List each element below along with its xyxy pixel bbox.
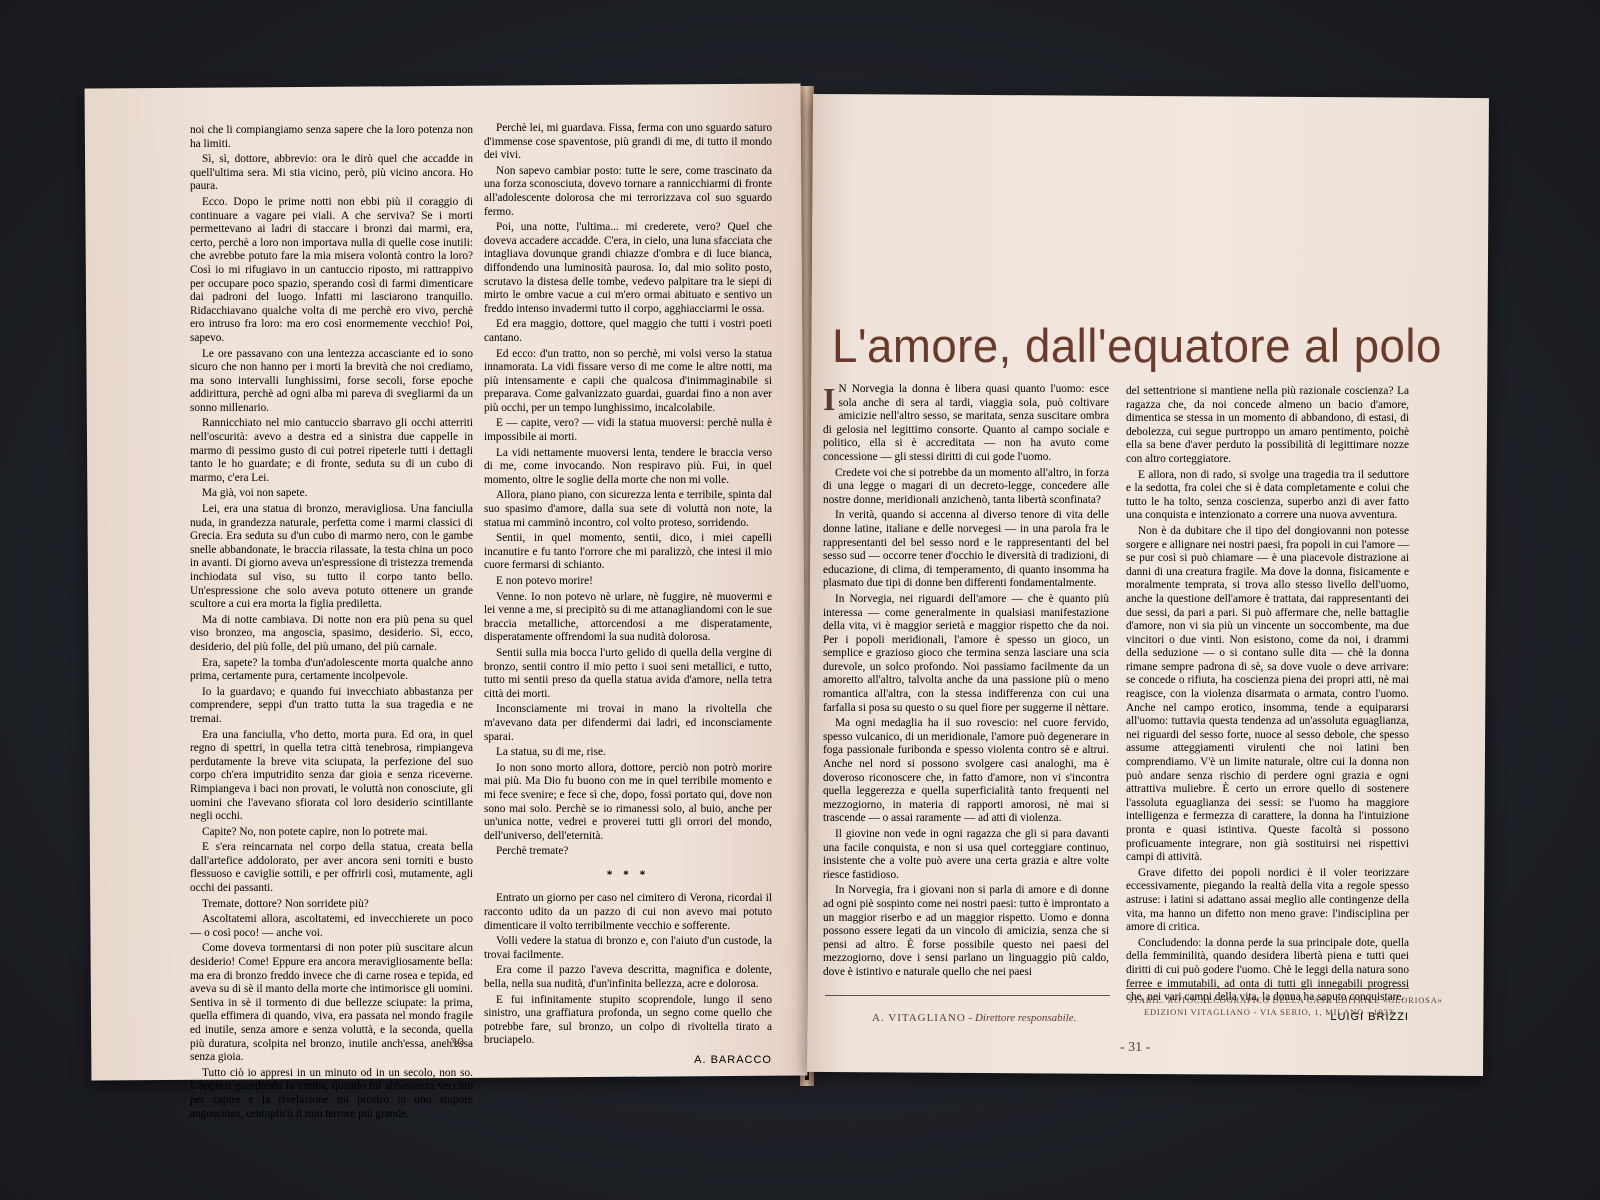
footer-rule-right xyxy=(1126,988,1409,989)
footer-rule-left xyxy=(825,995,1110,996)
paragraph: Io non sono morto allora, dottore, perci… xyxy=(484,762,772,844)
paragraph: Sentii sulla mia bocca l'urto gelido di … xyxy=(484,647,772,701)
paragraph: Credete voi che si potrebbe da un moment… xyxy=(823,467,1109,508)
epilogue: Entrato un giorno per caso nel cimitero … xyxy=(484,892,772,1048)
paragraph: Inconsciamente mi trovai in mano la rivo… xyxy=(484,703,772,744)
paragraph: noi che li compiangiamo senza sapere che… xyxy=(190,124,473,151)
paragraph: del settentrione si mantiene nella più r… xyxy=(1126,385,1409,467)
paragraph: Lei, era una statua di bronzo, meravigli… xyxy=(190,503,473,612)
paragraph: Sì, sì, dottore, abbrevio: ora le dirò q… xyxy=(190,153,473,194)
paragraph: La vidi nettamente muoversi lenta, tende… xyxy=(484,447,772,488)
left-column-1: noi che li compiangiamo senza sapere che… xyxy=(190,124,473,1123)
imprint-line-2: Edizioni Vitagliano - Via Serio, 1, Mila… xyxy=(1128,1006,1443,1018)
paragraph: Poi, una notte, l'ultima... mi crederete… xyxy=(484,221,772,316)
right-column-1: I N Norvegia la donna è libera quasi qua… xyxy=(823,383,1109,982)
right-column-2: del settentrione si mantiene nella più r… xyxy=(1126,385,1409,1024)
paragraph: Ed ecco: d'un tratto, non so perchè, mi … xyxy=(484,348,772,416)
page-number-left: - 30 - xyxy=(442,1036,472,1052)
paragraph: La statua, su di me, rise. xyxy=(484,746,772,760)
paragraph: Perchè lei, mi guardava. Fissa, ferma co… xyxy=(484,122,772,163)
paragraph: Era come il pazzo l'aveva descritta, mag… xyxy=(484,964,772,991)
paragraph: Non è da dubitare che il tipo del dongio… xyxy=(1126,525,1409,865)
paragraph: Capite? No, non potete capire, non lo po… xyxy=(190,826,473,840)
paragraph: Entrato un giorno per caso nel cimitero … xyxy=(484,892,772,933)
paragraph: Il giovine non vede in ogni ragazza che … xyxy=(823,828,1109,882)
section-separator: * * * xyxy=(484,869,772,883)
drop-cap: I xyxy=(823,385,835,413)
paragraph: Ecco. Dopo le prime notti non ebbi più i… xyxy=(190,196,473,346)
left-column-2: Perchè lei, mi guardava. Fissa, ferma co… xyxy=(484,122,772,1068)
paragraph: N Norvegia la donna è libera quasi quant… xyxy=(823,383,1109,465)
paragraph: Venne. Io non potevo nè urlare, nè fuggi… xyxy=(484,591,772,645)
paragraph: Volli vedere la statua di bronzo e, con … xyxy=(484,935,772,962)
paragraph: E — capite, vero? — vidi la statua muove… xyxy=(484,417,772,444)
article-title: L'amore, dall'equatore al polo xyxy=(832,318,1433,373)
paragraph: Ascoltatemi allora, ascoltatemi, ed inve… xyxy=(190,913,473,940)
director-credit: A. VITAGLIANO - Direttore responsabile. xyxy=(872,1012,1076,1024)
paragraph: Ma ogni medaglia ha il suo rovescio: nel… xyxy=(823,717,1109,826)
paragraph: Ed era maggio, dottore, quel maggio che … xyxy=(484,318,772,345)
imprint-line-1: Stabil. Rotocalcografico della Casa Edit… xyxy=(1128,994,1443,1006)
paragraph: Rannicchiato nel mio cantuccio sbarravo … xyxy=(190,417,473,485)
paragraph: Sentii, in quel momento, sentii, dico, i… xyxy=(484,532,772,573)
paragraph: Tremate, dottore? Non sorridete più? xyxy=(190,898,473,912)
paragraph: E allora, non di rado, si svolge una tra… xyxy=(1126,469,1409,523)
paragraph: Ma di notte cambiava. Di notte non era p… xyxy=(190,614,473,655)
paragraph: Grave difetto dei popoli nordici è il vo… xyxy=(1126,867,1409,935)
paragraph: In verità, quando si accenna al diverso … xyxy=(823,509,1109,591)
author-signature: A. BARACCO xyxy=(484,1054,772,1068)
paragraph: E non potevo morire! xyxy=(484,575,772,589)
paragraph: Perchè tremate? xyxy=(484,845,772,859)
paragraph: In Norvegia, fra i giovani non si parla … xyxy=(823,884,1109,979)
paragraph: Ma già, voi non sapete. xyxy=(190,487,473,501)
page-number-right: - 31 - xyxy=(1120,1040,1150,1056)
director-name: A. VITAGLIANO xyxy=(872,1012,966,1024)
paragraph: Non sapevo cambiar posto: tutte le sere,… xyxy=(484,165,772,219)
paragraph: E fui infinitamente stupito scoprendole,… xyxy=(484,994,772,1048)
paragraph: Come doveva tormentarsi di non poter più… xyxy=(190,942,473,1064)
paragraph: Le ore passavano con una lentezza accasc… xyxy=(190,348,473,416)
story-continuation: Perchè lei, mi guardava. Fissa, ferma co… xyxy=(484,122,772,859)
paragraph: In Norvegia, nei riguardi dell'amore — c… xyxy=(823,593,1109,715)
paragraph: Era, sapete? la tomba d'un'adolescente m… xyxy=(190,657,473,684)
paragraph: Era una fanciulla, v'ho detto, morta pur… xyxy=(190,729,473,824)
paragraph: Tutto ciò io appresi in un minuto od in … xyxy=(190,1067,473,1121)
paragraph: Io la guardavo; e quando fui invecchiato… xyxy=(190,686,473,727)
paragraph: Allora, piano piano, con sicurezza lenta… xyxy=(484,489,772,530)
printer-imprint: Stabil. Rotocalcografico della Casa Edit… xyxy=(1128,994,1443,1018)
director-role: - Direttore responsabile. xyxy=(969,1012,1077,1024)
paragraph: E s'era reincarnata nel corpo della stat… xyxy=(190,841,473,895)
